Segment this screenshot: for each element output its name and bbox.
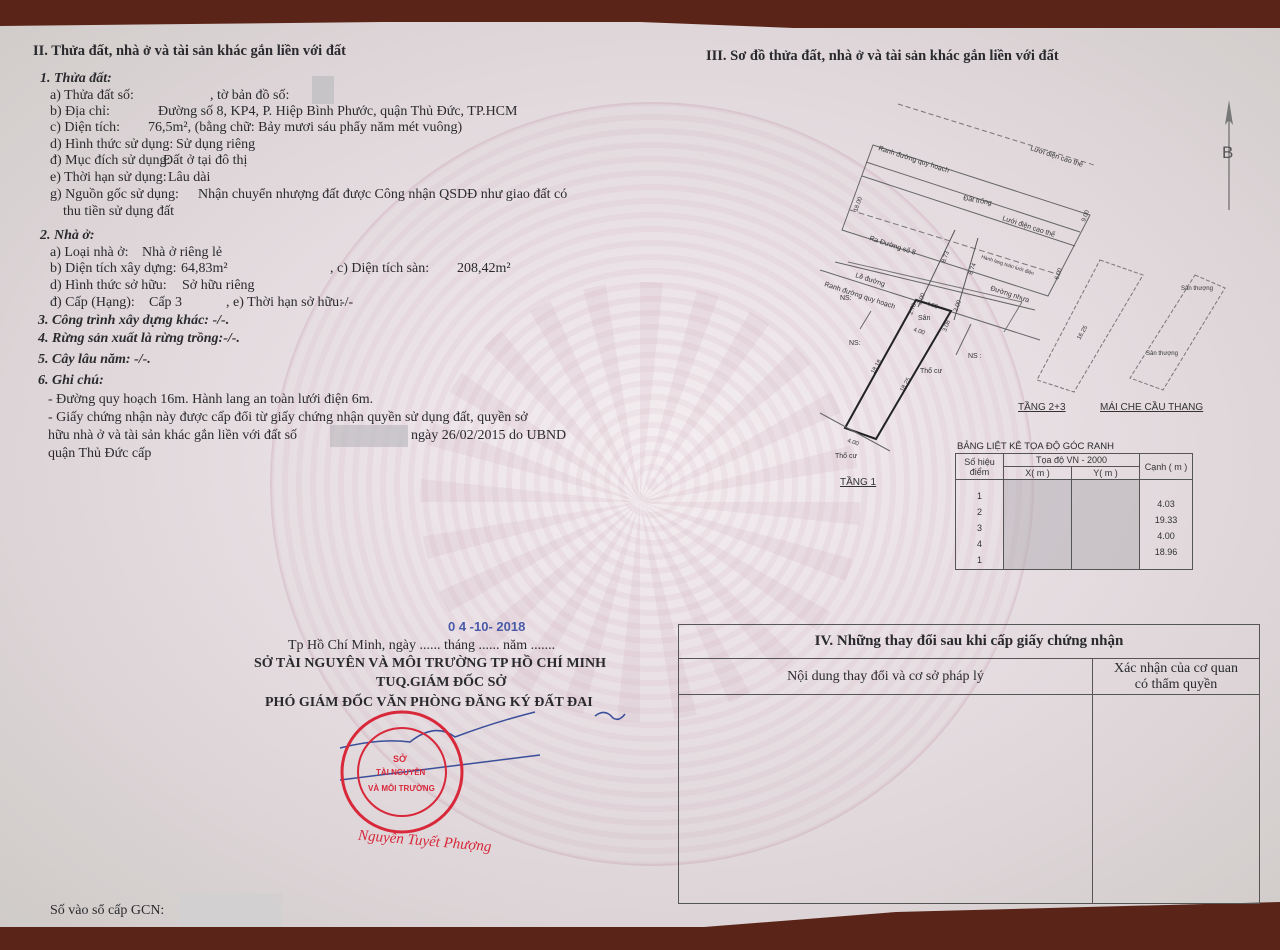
place-date: Tp Hồ Chí Minh, ngày ...... tháng ......… — [288, 637, 555, 654]
svg-text:B: B — [1222, 143, 1233, 162]
coord-table: Số hiệu điểm Tọa độ VN - 2000 Cạnh ( m )… — [955, 453, 1193, 570]
change-content-cell — [679, 695, 1093, 904]
point-list: 1 2 3 4 1 — [956, 480, 1004, 570]
svg-text:6.00: 6.00 — [1054, 267, 1064, 281]
svg-text:8.73: 8.73 — [941, 250, 951, 264]
col-edge: Cạnh ( m ) — [1140, 454, 1193, 480]
registry-label: Số vào sổ cấp GCN: — [50, 902, 164, 919]
svg-text:16.25: 16.25 — [1077, 324, 1090, 341]
svg-text:Thổ cư: Thổ cư — [920, 367, 943, 375]
svg-text:Lưới điện cao thế: Lưới điện cao thế — [1029, 143, 1084, 169]
agency-name: SỞ TÀI NGUYÊN VÀ MÔI TRƯỜNG TP HỒ CHÍ MI… — [254, 655, 606, 672]
col-change-content: Nội dung thay đổi và cơ sở pháp lý — [679, 659, 1093, 694]
changes-table: IV. Những thay đổi sau khi cấp giấy chứn… — [678, 624, 1260, 904]
svg-text:4.00: 4.00 — [846, 438, 860, 448]
col-x: X( m ) — [1004, 467, 1072, 480]
signer-role-1: TUQ.GIÁM ĐỐC SỞ — [376, 674, 506, 691]
col-authority-confirm: Xác nhận của cơ quan có thẩm quyền — [1093, 659, 1259, 694]
svg-text:Ranh đường quy hoạch: Ranh đường quy hoạch — [877, 145, 950, 175]
svg-text:Thổ cư: Thổ cư — [835, 452, 858, 460]
svg-text:4.03: 4.03 — [925, 301, 939, 311]
redacted-x — [1004, 480, 1072, 570]
redacted-registry-number — [178, 893, 282, 927]
signature-mark — [595, 712, 625, 719]
col-system: Tọa độ VN - 2000 — [1004, 454, 1140, 467]
svg-text:MÁI CHE CẦU THANG: MÁI CHE CẦU THANG — [1100, 400, 1203, 413]
svg-text:VÀ MÔI TRƯỜNG: VÀ MÔI TRƯỜNG — [368, 784, 435, 793]
authority-confirm-cell — [1093, 695, 1259, 904]
svg-text:Sân thượng: Sân thượng — [1146, 351, 1178, 357]
svg-text:Ra Đường số 8: Ra Đường số 8 — [868, 233, 917, 256]
svg-text:4.00: 4.00 — [912, 327, 926, 337]
svg-text:18.00: 18.00 — [853, 196, 864, 213]
svg-text:NS:: NS: — [840, 295, 852, 302]
signer-role-2: PHÓ GIÁM ĐỐC VĂN PHÒNG ĐĂNG KÝ ĐẤT ĐAI — [265, 694, 593, 711]
svg-text:TÀI NGUYÊN: TÀI NGUYÊN — [376, 768, 426, 777]
svg-text:3.08: 3.08 — [942, 319, 952, 333]
col-point: Số hiệu điểm — [956, 454, 1004, 480]
svg-text:Đất trống: Đất trống — [963, 193, 993, 207]
svg-text:NS :: NS : — [968, 353, 982, 360]
section4-title: IV. Những thay đổi sau khi cấp giấy chứn… — [679, 625, 1259, 659]
svg-text:2.00: 2.00 — [953, 299, 963, 313]
svg-text:Sân thượng: Sân thượng — [1181, 286, 1213, 292]
edge-list: 4.03 19.33 4.00 18.96 — [1140, 480, 1193, 570]
redacted-y — [1071, 480, 1139, 570]
issue-date-stamp: 0 4 -10- 2018 — [448, 618, 525, 635]
svg-text:Sân: Sân — [918, 315, 931, 322]
svg-text:NS:: NS: — [849, 340, 861, 347]
svg-text:TẦNG 1: TẦNG 1 — [840, 475, 877, 488]
svg-text:Ranh đường quy hoạch: Ranh đường quy hoạch — [823, 281, 896, 311]
svg-text:SỞ: SỞ — [393, 753, 407, 764]
svg-text:Hành lang toàn lưới điện: Hành lang toàn lưới điện — [980, 254, 1034, 277]
svg-text:TẦNG 2+3: TẦNG 2+3 — [1018, 400, 1066, 413]
svg-text:Lưới điện cao thế: Lưới điện cao thế — [1001, 213, 1056, 239]
svg-text:Nguyễn Tuyết Phượng: Nguyễn Tuyết Phượng — [356, 828, 492, 856]
col-y: Y( m ) — [1071, 467, 1139, 480]
